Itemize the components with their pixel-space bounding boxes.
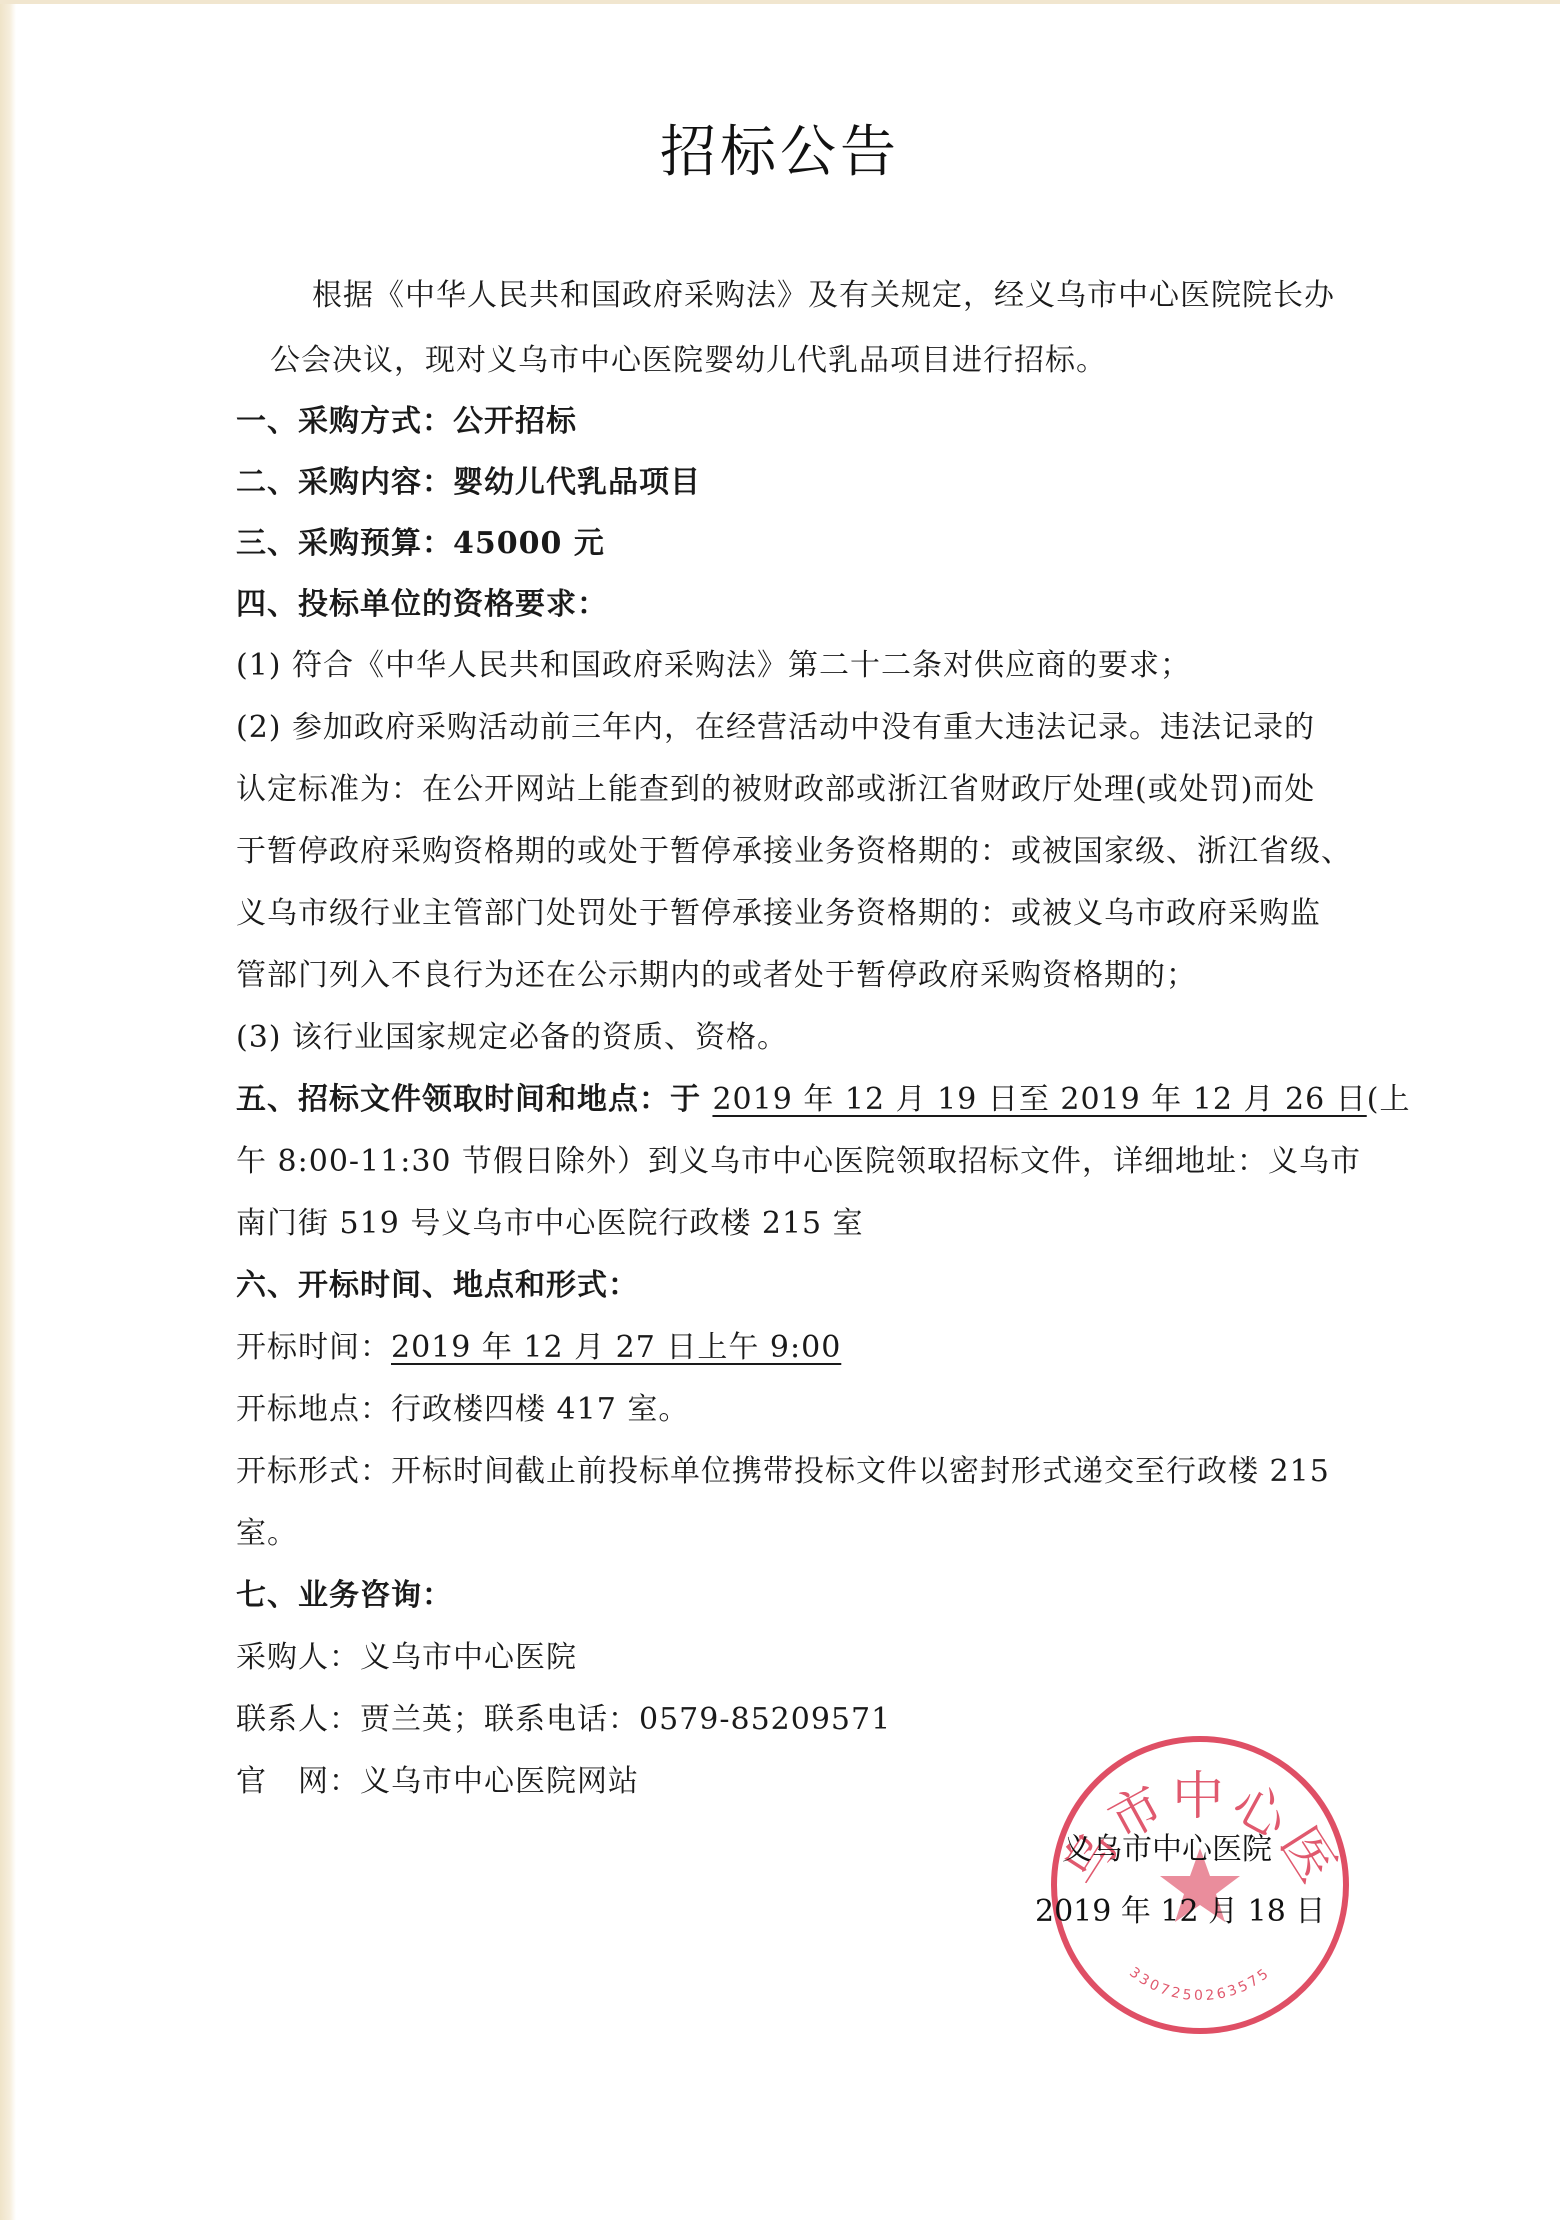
signature-date: 2019 年 12 月 18 日 — [1035, 1892, 1325, 1932]
section-6-form-line-1: 开标形式：开标时间截止前投标单位携带投标文件以密封形式递交至行政楼 215 — [236, 1452, 1330, 1492]
section-3: 三、采购预算：45000 元 — [236, 524, 605, 564]
section-2: 二、采购内容：婴幼儿代乳品项目 — [236, 463, 701, 503]
intro-line-2: 公会决议，现对义乌市中心医院婴幼儿代乳品项目进行招标。 — [270, 341, 1107, 381]
section-4-item-1: (1) 符合《中华人民共和国政府采购法》第二十二条对供应商的要求； — [236, 646, 1191, 686]
section-4-item-2-line-3: 于暂停政府采购资格期的或处于暂停承接业务资格期的：或被国家级、浙江省级、 — [236, 832, 1352, 872]
section-1: 一、采购方式：公开招标 — [236, 402, 577, 442]
section-6-form-line-2: 室。 — [236, 1514, 298, 1554]
section-6-time: 开标时间：2019 年 12 月 27 日上午 9:00 — [236, 1328, 841, 1368]
svg-text:3307250263575: 3307250263575 — [1126, 1965, 1274, 2005]
section-4-item-3: (3) 该行业国家规定必备的资质、资格。 — [236, 1018, 788, 1058]
section-7-website: 官 网：义乌市中心医院网站 — [236, 1762, 639, 1802]
section-4-item-2-line-2: 认定标准为：在公开网站上能查到的被财政部或浙江省财政厅处理(或处罚)而处 — [236, 770, 1315, 810]
document-title: 招标公告 — [0, 108, 1560, 188]
section-5-prefix: 五、招标文件领取时间和地点：于 — [236, 1082, 712, 1117]
section-4-item-2-line-4: 义乌市级行业主管部门处罚处于暂停承接业务资格期的：或被义乌市政府采购监 — [236, 894, 1321, 934]
intro-line-1: 根据《中华人民共和国政府采购法》及有关规定，经义乌市中心医院院长办 — [312, 276, 1335, 316]
section-5-line-2: 午 8:00-11:30 节假日除外）到义乌市中心医院领取招标文件，详细地址：义… — [236, 1142, 1361, 1182]
paper-top-edge — [0, 0, 1560, 4]
section-4-heading: 四、投标单位的资格要求： — [236, 585, 608, 625]
section-6-heading: 六、开标时间、地点和形式： — [236, 1266, 639, 1306]
section-7-heading: 七、业务咨询： — [236, 1576, 453, 1616]
section-5-dates: 2019 年 12 月 19 日至 2019 年 12 月 26 日 — [712, 1082, 1366, 1117]
section-6-time-label: 开标时间： — [236, 1330, 391, 1365]
section-6-place: 开标地点：行政楼四楼 417 室。 — [236, 1390, 689, 1430]
section-7-buyer: 采购人：义乌市中心医院 — [236, 1638, 577, 1678]
section-7-contact: 联系人：贾兰英；联系电话：0579-85209571 — [236, 1700, 891, 1740]
section-6-time-value: 2019 年 12 月 27 日上午 9:00 — [391, 1330, 841, 1365]
official-seal-icon: 义乌市中心医院 3307250263575 — [1045, 1730, 1355, 2040]
paper-edge — [0, 0, 16, 2220]
signature-org: 义乌市中心医院 — [1062, 1830, 1272, 1870]
section-5-line-3: 南门街 519 号义乌市中心医院行政楼 215 室 — [236, 1204, 864, 1244]
section-5-suffix: (上 — [1367, 1082, 1411, 1117]
seal-code: 3307250263575 — [1126, 1965, 1274, 2005]
section-5-line-1: 五、招标文件领取时间和地点：于 2019 年 12 月 19 日至 2019 年… — [236, 1080, 1410, 1120]
section-4-item-2-line-5: 管部门列入不良行为还在公示期内的或者处于暂停政府采购资格期的； — [236, 956, 1197, 996]
section-4-item-2-line-1: (2) 参加政府采购活动前三年内，在经营活动中没有重大违法记录。违法记录的 — [236, 708, 1315, 748]
